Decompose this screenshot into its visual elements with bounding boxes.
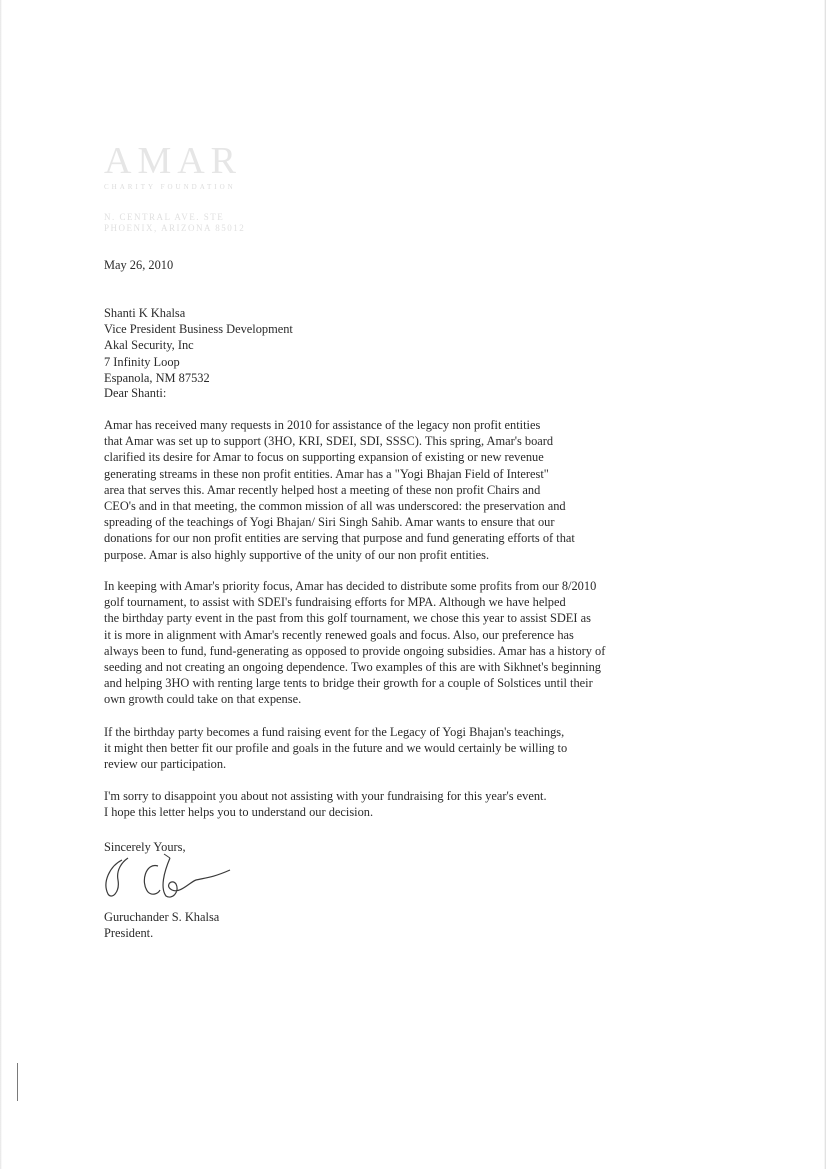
recipient-block: Shanti K Khalsa Vice President Business …	[104, 305, 293, 386]
body-paragraph-4: I'm sorry to disappoint you about not as…	[104, 788, 547, 820]
signer-block: Guruchander S. Khalsa President.	[104, 909, 219, 941]
recipient-city: Espanola, NM 87532	[104, 370, 293, 386]
body-line: I'm sorry to disappoint you about not as…	[104, 788, 547, 804]
signer-name: Guruchander S. Khalsa	[104, 909, 219, 925]
recipient-title: Vice President Business Development	[104, 321, 293, 337]
letterhead: AMAR CHARITY FOUNDATION N. CENTRAL AVE. …	[104, 142, 284, 234]
signature-image	[100, 852, 240, 902]
signer-title: President.	[104, 925, 219, 941]
salutation: Dear Shanti:	[104, 385, 166, 401]
letterhead-address-line: PHOENIX, ARIZONA 85012	[104, 223, 284, 234]
body-line: clarified its desire for Amar to focus o…	[104, 449, 575, 465]
body-line: seeding and not creating an ongoing depe…	[104, 659, 605, 675]
body-line: it is more in alignment with Amar's rece…	[104, 627, 605, 643]
letterhead-subtitle: CHARITY FOUNDATION	[104, 182, 284, 192]
recipient-company: Akal Security, Inc	[104, 337, 293, 353]
body-paragraph-2: In keeping with Amar's priority focus, A…	[104, 578, 605, 708]
body-line: spreading of the teachings of Yogi Bhaja…	[104, 514, 575, 530]
body-line: and helping 3HO with renting large tents…	[104, 675, 605, 691]
body-line: CEO's and in that meeting, the common mi…	[104, 498, 575, 514]
recipient-name: Shanti K Khalsa	[104, 305, 293, 321]
body-line: the birthday party event in the past fro…	[104, 610, 605, 626]
letterhead-address: N. CENTRAL AVE. STE PHOENIX, ARIZONA 850…	[104, 212, 284, 234]
letter-date: May 26, 2010	[104, 257, 173, 273]
recipient-street: 7 Infinity Loop	[104, 354, 293, 370]
body-line: golf tournament, to assist with SDEI's f…	[104, 594, 605, 610]
body-line: In keeping with Amar's priority focus, A…	[104, 578, 605, 594]
body-paragraph-1: Amar has received many requests in 2010 …	[104, 417, 575, 563]
body-line: donations for our non profit entities ar…	[104, 530, 575, 546]
body-line: generating streams in these non profit e…	[104, 466, 575, 482]
body-line: Amar has received many requests in 2010 …	[104, 417, 575, 433]
body-line: If the birthday party becomes a fund rai…	[104, 724, 567, 740]
body-line: it might then better fit our profile and…	[104, 740, 567, 756]
body-line: review our participation.	[104, 756, 567, 772]
letterhead-address-line: N. CENTRAL AVE. STE	[104, 212, 284, 223]
letterhead-logo: AMAR	[104, 142, 284, 180]
scan-mark	[17, 1063, 18, 1101]
body-line: I hope this letter helps you to understa…	[104, 804, 547, 820]
body-line: purpose. Amar is also highly supportive …	[104, 547, 575, 563]
page-edge-left	[0, 0, 2, 1169]
body-line: area that serves this. Amar recently hel…	[104, 482, 575, 498]
body-line: that Amar was set up to support (3HO, KR…	[104, 433, 575, 449]
body-line: always been to fund, fund-generating as …	[104, 643, 605, 659]
body-paragraph-3: If the birthday party becomes a fund rai…	[104, 724, 567, 773]
body-line: own growth could take on that expense.	[104, 691, 605, 707]
